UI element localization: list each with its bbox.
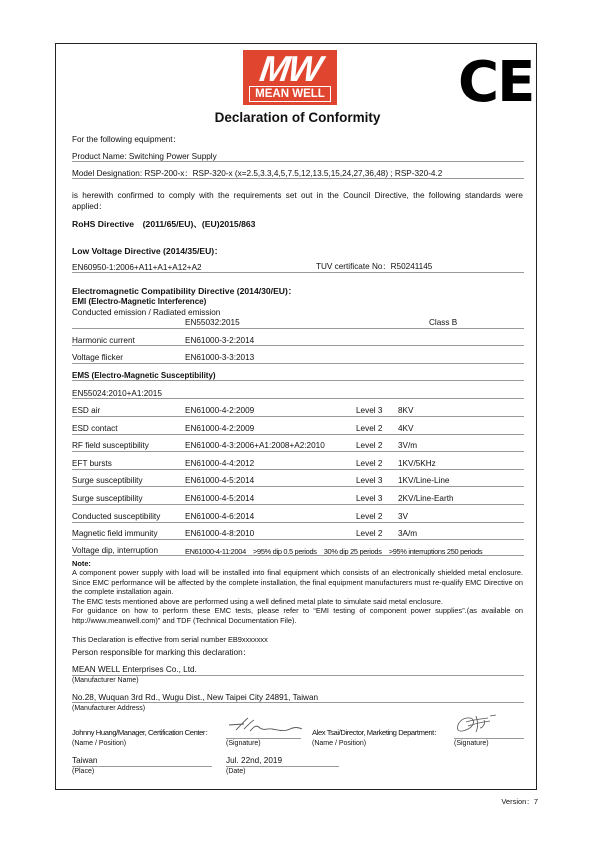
- signature1-icon: [226, 715, 304, 739]
- harmonic-standard: EN61000-3-2:2014: [185, 336, 254, 345]
- manufacturer-name: MEAN WELL Enterprises Co., Ltd.: [72, 665, 197, 674]
- ems-test-value: 3V/m: [398, 441, 417, 450]
- flicker-label: Voltage flicker: [72, 353, 123, 362]
- emission-label: Conducted emission / Radiated emission: [72, 308, 220, 317]
- divider: [72, 328, 524, 329]
- ce-mark-icon: CE: [458, 50, 533, 115]
- divider: [72, 766, 212, 767]
- divider: [454, 738, 524, 739]
- divider: [72, 434, 524, 435]
- emission-standard: EN55032:2015: [185, 318, 240, 327]
- flicker-standard: EN61000-3-3:2013: [185, 353, 254, 362]
- ems-heading: EMS (Electro-Magnetic Susceptibility): [72, 371, 216, 380]
- ems-test-label: Magnetic field immunity: [72, 529, 158, 538]
- divider: [72, 380, 524, 381]
- confirmation-text: is herewith confirmed to comply with the…: [72, 191, 523, 212]
- ems-test-level: Level 3: [356, 406, 382, 415]
- ems-test-standard: EN61000-4-4:2012: [185, 459, 254, 468]
- tuv-certificate: TUV certificate No：R50241145: [316, 261, 432, 272]
- voltage-dip-label: Voltage dip, interruption: [72, 546, 158, 555]
- emission-class: Class B: [429, 318, 457, 327]
- divider: [72, 675, 524, 676]
- ems-test-value: 1KV/Line-Line: [398, 476, 449, 485]
- signature2-icon: [454, 712, 498, 738]
- emi-heading: EMI (Electro-Magnetic Interference): [72, 297, 206, 306]
- ems-test-level: Level 2: [356, 512, 382, 521]
- divider: [72, 555, 524, 556]
- emc-heading: Electromagnetic Compatibility Directive …: [72, 285, 296, 297]
- divider: [72, 416, 524, 417]
- responsible-intro: Person responsible for marking this decl…: [72, 647, 251, 658]
- ems-test-level: Level 3: [356, 476, 382, 485]
- divider: [72, 161, 524, 162]
- divider: [72, 539, 524, 540]
- ems-test-label: ESD air: [72, 406, 100, 415]
- divider: [72, 451, 524, 452]
- place-value: Taiwan: [72, 756, 98, 765]
- signature2-caption: (Signature): [454, 740, 489, 747]
- ems-test-value: 4KV: [398, 424, 413, 433]
- logo-brand-text: MEAN WELL: [249, 86, 331, 102]
- ems-test-level: Level 2: [356, 424, 382, 433]
- signer2-name: Alex Tsai/Director, Marketing Department…: [312, 727, 441, 738]
- harmonic-label: Harmonic current: [72, 336, 135, 345]
- version-label: Version：7: [501, 796, 538, 807]
- divider: [226, 766, 339, 767]
- logo-mw-text: MW: [240, 48, 340, 90]
- note-paragraph-1: A component power supply with load will …: [72, 568, 523, 597]
- meanwell-link[interactable]: http://www.meanwell.com: [72, 616, 155, 625]
- note-paragraph-3: For guidance on how to perform these EMC…: [72, 606, 523, 625]
- divider: [72, 178, 524, 179]
- serial-number-text: This Declaration is effective from seria…: [72, 635, 523, 645]
- manufacturer-address-caption: (Manufacturer Address): [72, 705, 145, 712]
- divider: [72, 702, 524, 703]
- date-value: Jul. 22nd, 2019: [226, 756, 282, 765]
- product-name: Product Name: Switching Power Supply: [72, 152, 217, 161]
- divider: [72, 272, 524, 273]
- note-body: A component power supply with load will …: [72, 568, 523, 644]
- ems-test-label: Conducted susceptibility: [72, 512, 160, 521]
- mean-well-logo: MW MEAN WELL: [243, 50, 337, 105]
- intro-text: For the following equipment：: [72, 134, 181, 145]
- divider: [72, 522, 524, 523]
- divider: [72, 469, 524, 470]
- date-caption: (Date): [226, 768, 245, 775]
- ems-test-standard: EN61000-4-5:2014: [185, 476, 254, 485]
- divider: [72, 504, 524, 505]
- ems-test-level: Level 2: [356, 529, 382, 538]
- rohs-directive: RoHS Directive (2011/65/EU)、(EU)2015/863: [72, 218, 255, 230]
- signer1-name: Johnny Huang/Manager, Certification Cent…: [72, 727, 212, 738]
- lvd-heading: Low Voltage Directive (2014/35/EU)：: [72, 245, 223, 257]
- manufacturer-address: No.28, Wuquan 3rd Rd., Wugu Dist., New T…: [72, 693, 318, 702]
- divider: [226, 738, 301, 739]
- note-paragraph-2: The EMC tests mentioned above are perfor…: [72, 597, 523, 607]
- ems-test-label: EFT bursts: [72, 459, 112, 468]
- ems-test-value: 3V: [398, 512, 408, 521]
- lvd-standard: EN60950-1:2006+A11+A1+A12+A2: [72, 263, 202, 272]
- ems-test-standard: EN61000-4-2:2009: [185, 424, 254, 433]
- divider: [72, 486, 524, 487]
- ems-test-value: 8KV: [398, 406, 413, 415]
- ems-test-standard: EN61000-4-8:2010: [185, 529, 254, 538]
- ems-test-label: Surge susceptibility: [72, 494, 143, 503]
- ems-test-level: Level 2: [356, 441, 382, 450]
- ems-test-standard: EN61000-4-6:2014: [185, 512, 254, 521]
- ems-test-label: Surge susceptibility: [72, 476, 143, 485]
- signer1-caption: (Name / Position): [72, 740, 126, 747]
- ems-test-level: Level 2: [356, 459, 382, 468]
- ems-test-standard: EN61000-4-3:2006+A1:2008+A2:2010: [185, 441, 325, 450]
- signer2-caption: (Name / Position): [312, 740, 366, 747]
- ems-test-label: RF field susceptibility: [72, 441, 149, 450]
- ems-test-level: Level 3: [356, 494, 382, 503]
- ems-standard: EN55024:2010+A1:2015: [72, 389, 162, 398]
- page-title: Declaration of Conformity: [0, 110, 595, 125]
- ems-test-standard: EN61000-4-5:2014: [185, 494, 254, 503]
- ems-test-standard: EN61000-4-2:2009: [185, 406, 254, 415]
- note-title: Note:: [72, 559, 91, 568]
- ems-test-label: ESD contact: [72, 424, 118, 433]
- place-caption: (Place): [72, 768, 94, 775]
- divider: [72, 345, 524, 346]
- divider: [72, 363, 524, 364]
- manufacturer-name-caption: (Manufacturer Name): [72, 677, 139, 684]
- ems-test-value: 2KV/Line-Earth: [398, 494, 454, 503]
- divider: [72, 398, 524, 399]
- ems-test-value: 1KV/5KHz: [398, 459, 436, 468]
- signature1-caption: (Signature): [226, 740, 261, 747]
- ems-test-value: 3A/m: [398, 529, 417, 538]
